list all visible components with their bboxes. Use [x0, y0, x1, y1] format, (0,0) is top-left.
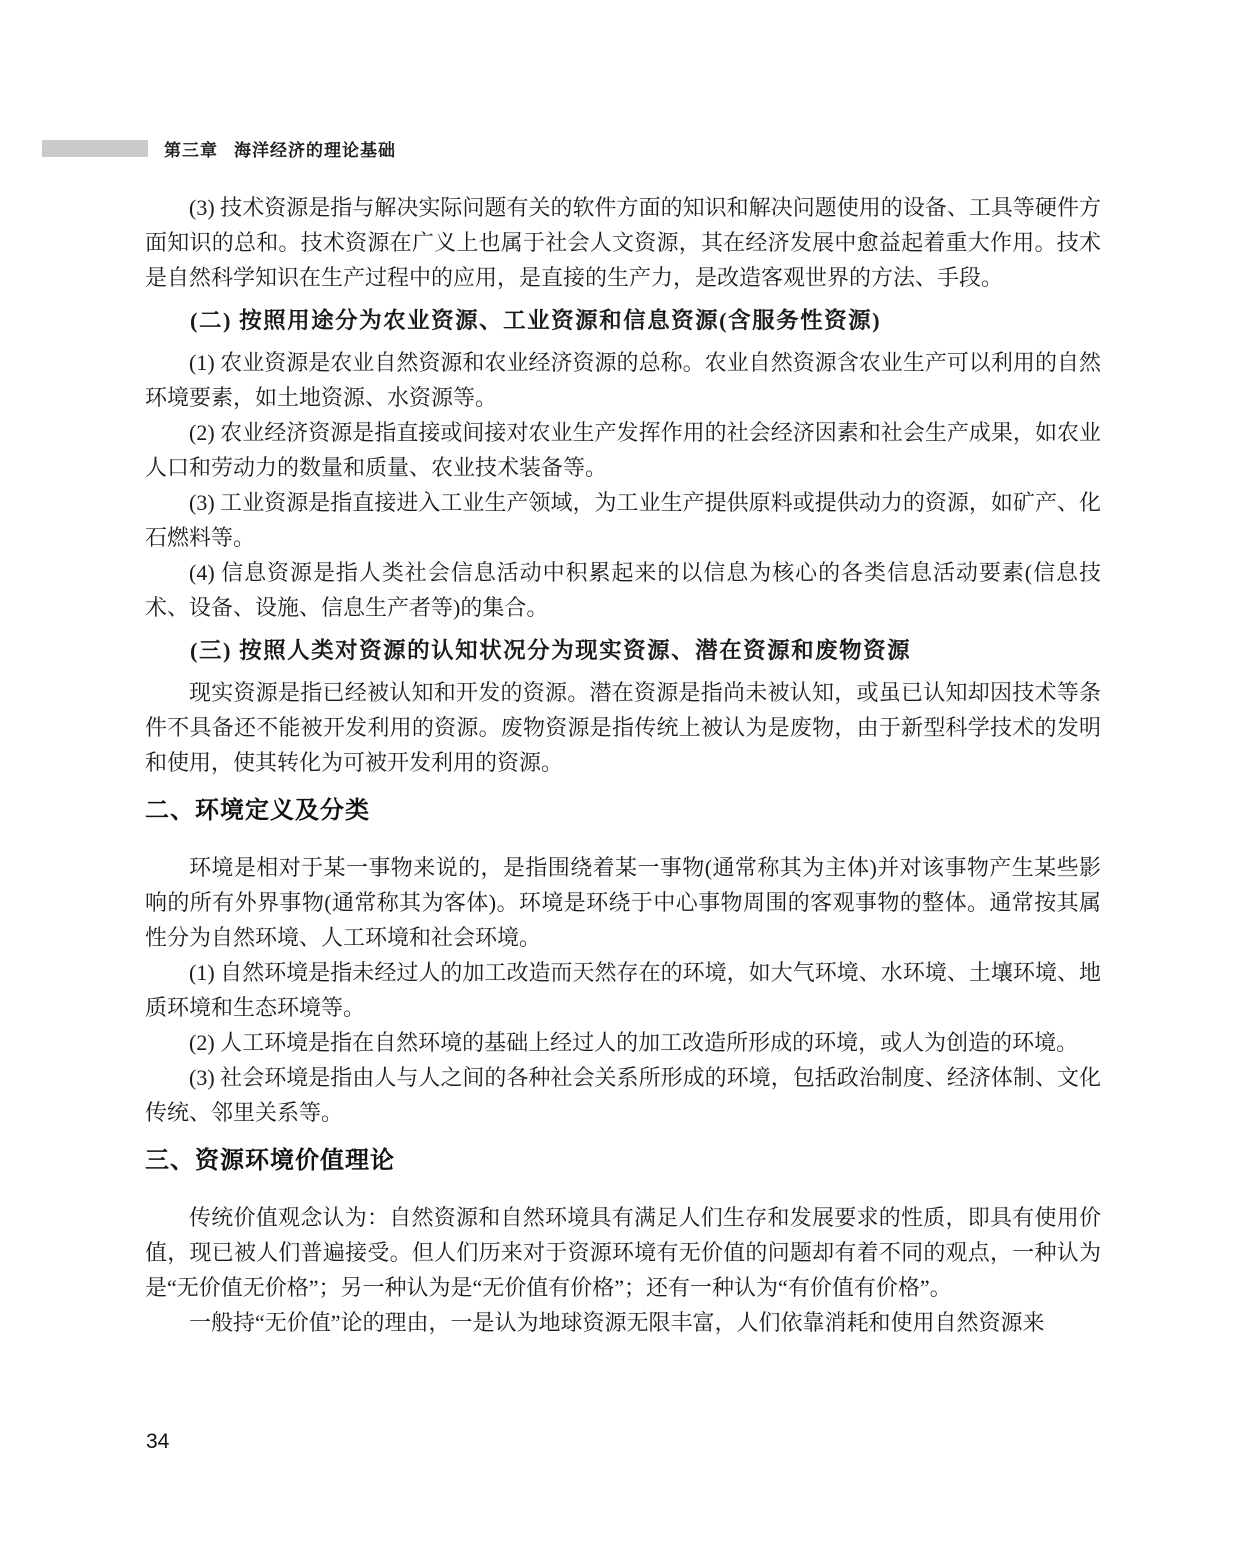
- chapter-marker-bar: [42, 140, 148, 157]
- paragraph-information-resources: (4) 信息资源是指人类社会信息活动中积累起来的以信息为核心的各类信息活动要素(…: [145, 555, 1101, 625]
- paragraph-social-environment: (3) 社会环境是指由人与人之间的各种社会关系所形成的环境，包括政治制度、经济体…: [145, 1060, 1101, 1130]
- paragraph-environment-definition: 环境是相对于某一事物来说的，是指围绕着某一事物(通常称其为主体)并对该事物产生某…: [145, 850, 1101, 955]
- paragraph-industry-resources: (3) 工业资源是指直接进入工业生产领域，为工业生产提供原料或提供动力的资源，如…: [145, 485, 1101, 555]
- page-number: 34: [146, 1430, 169, 1454]
- section-heading-environment-definition: 二、环境定义及分类: [145, 796, 1101, 826]
- paragraph-traditional-value-view: 传统价值观念认为：自然资源和自然环境具有满足人们生存和发展要求的性质，即具有使用…: [145, 1200, 1101, 1305]
- paragraph-no-value-theory: 一般持“无价值”论的理由，一是认为地球资源无限丰富，人们依靠消耗和使用自然资源来: [145, 1305, 1101, 1340]
- paragraph-natural-environment: (1) 自然环境是指未经过人的加工改造而天然存在的环境，如大气环境、水环境、土壤…: [145, 955, 1101, 1025]
- subheading-classification-by-use: (二) 按照用途分为农业资源、工业资源和信息资源(含服务性资源): [145, 303, 1101, 339]
- paragraph-reality-potential-waste-resources: 现实资源是指已经被认知和开发的资源。潜在资源是指尚未被认知，或虽已认知却因技术等…: [145, 675, 1101, 780]
- section-heading-resource-environment-value-theory: 三、资源环境价值理论: [145, 1146, 1101, 1176]
- page-body: (3) 技术资源是指与解决实际问题有关的软件方面的知识和解决问题使用的设备、工具…: [145, 190, 1101, 1340]
- book-page: 第三章海洋经济的理论基础 (3) 技术资源是指与解决实际问题有关的软件方面的知识…: [0, 0, 1246, 1568]
- running-header: 第三章海洋经济的理论基础: [42, 136, 396, 161]
- paragraph-tech-resources: (3) 技术资源是指与解决实际问题有关的软件方面的知识和解决问题使用的设备、工具…: [145, 190, 1101, 295]
- subheading-classification-by-cognition: (三) 按照人类对资源的认知状况分为现实资源、潜在资源和废物资源: [145, 633, 1101, 669]
- chapter-label: 第三章: [164, 141, 218, 160]
- paragraph-agriculture-economic-resources: (2) 农业经济资源是指直接或间接对农业生产发挥作用的社会经济因素和社会生产成果…: [145, 415, 1101, 485]
- chapter-title: 海洋经济的理论基础: [234, 141, 396, 160]
- running-header-title: 第三章海洋经济的理论基础: [164, 136, 396, 161]
- paragraph-artificial-environment: (2) 人工环境是指在自然环境的基础上经过人的加工改造所形成的环境，或人为创造的…: [145, 1025, 1101, 1060]
- paragraph-agriculture-resources: (1) 农业资源是农业自然资源和农业经济资源的总称。农业自然资源含农业生产可以利…: [145, 345, 1101, 415]
